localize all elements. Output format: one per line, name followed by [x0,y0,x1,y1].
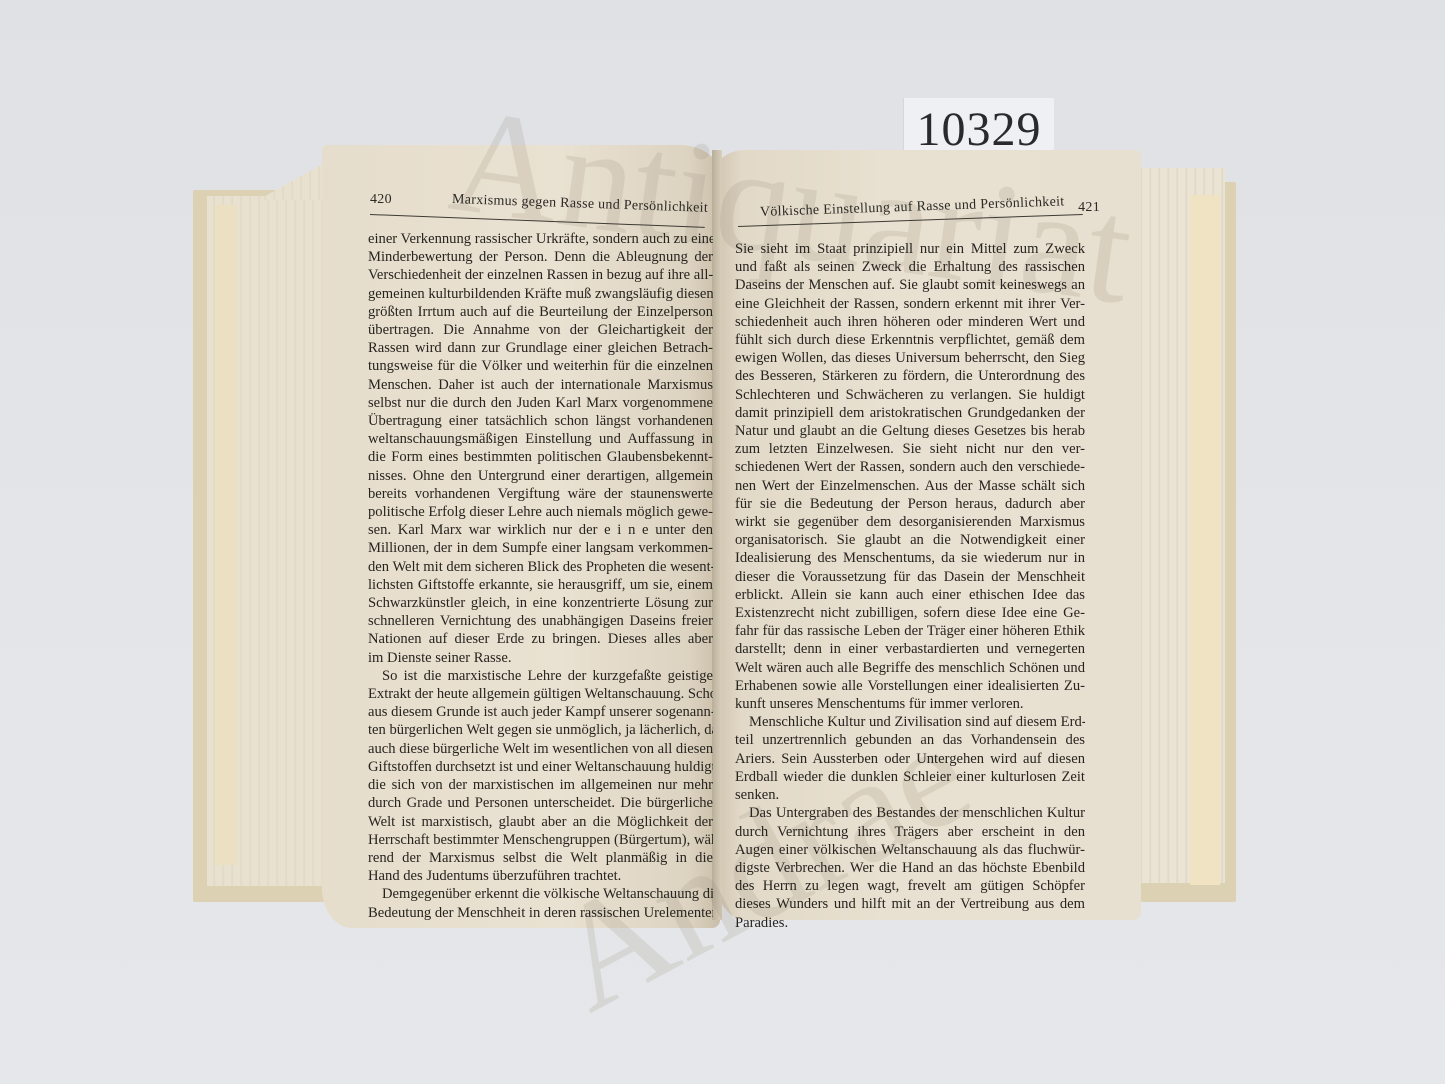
text-line: Sie sieht im Staat prinzipiell nur ein M… [735,240,1085,258]
text-line: schiedenen Wert der Rassen, sondern auch… [735,458,1085,476]
text-line: Nationen auf dieser Erde zu bringen. Die… [368,630,713,648]
text-line: Rassen wird dann zur Grundlage einer gle… [368,339,713,357]
text-line: Natur und glaubt an die Geltung dieses G… [735,422,1085,440]
text-line: durch Grade und Personen unterscheidet. … [368,794,713,812]
book-gutter [712,150,722,920]
text-line: erblickt. Allein sie kann auch einer eth… [735,586,1085,604]
text-line: im Dienste seiner Rasse. [368,649,713,667]
text-line: senken. [735,786,1085,804]
text-line: Extrakt der heute allgemein gültigen Wel… [368,685,713,703]
text-line: und faßt als seinen Zweck die Erhaltung … [735,258,1085,276]
text-line: die Form eines bestimmten politischen Gl… [368,448,713,466]
text-line: teil unzertrennlich gebunden an das Vorh… [735,731,1085,749]
text-line: Demgegenüber erkennt die völkische Welta… [368,885,713,903]
text-line: Welt ist marxistisch, glaubt aber an die… [368,813,713,831]
text-line: ten bürgerlichen Welt gegen sie unmöglic… [368,721,713,739]
endpaper-right [1190,195,1220,885]
text-line: zum letzten Einzelwesen. Sie sieht nicht… [735,440,1085,458]
text-line: organisatorisch. Sie glaubt an die Notwe… [735,531,1085,549]
text-line: des Herrn zu legen wagt, frevelt am güti… [735,877,1085,895]
text-line: ewigen Wollen, das dieses Universum behe… [735,349,1085,367]
text-line: auch diese bürgerliche Welt im wesentlic… [368,740,713,758]
text-line: fühlt sich durch diese Erkenntnis verpfl… [735,331,1085,349]
text-line: schnelleren Vernichtung des unabhängigen… [368,612,713,630]
text-line: wirkt sie gegenüber dem desorganisierend… [735,513,1085,531]
text-line: übertragen. Die Annahme von der Gleichar… [368,321,713,339]
text-line: selbst nur die durch den Juden Karl Marx… [368,394,713,412]
text-line: Giftstoffen durchsetzt ist und einer Wel… [368,758,713,776]
text-line: Idealisierung des Menschentums, da sie w… [735,549,1085,567]
text-line: des Besseren, Stärkeren zu fördern, die … [735,367,1085,385]
text-line: Erhabenen sowie alle Vorstellungen einer… [735,677,1085,695]
text-line: Verschiedenheit der einzelnen Rassen in … [368,266,713,284]
text-line: damit prinzipiell dem aristokratischen G… [735,404,1085,422]
text-line: Schlechteren und Schwächeren zu verlange… [735,386,1085,404]
text-line: für sie die Bedeutung der Person heraus,… [735,495,1085,513]
text-line: Bedeutung der Menschheit in deren rassis… [368,904,713,922]
text-line: Das Untergraben des Bestandes der mensch… [735,804,1085,822]
text-line: Paradies. [735,914,1085,932]
inventory-number: 10329 [917,102,1042,157]
text-line: Welt wären auch alle Begriffe des mensch… [735,659,1085,677]
text-line: lichsten Giftstoffe erkannte, sie heraus… [368,576,713,594]
text-line: politische Erfolg dieser Lehre auch niem… [368,503,713,521]
text-line: dieses Wunders und hilft mit an der Vert… [735,895,1085,913]
text-line: Herrschaft bestimmter Menschengruppen (B… [368,831,713,849]
text-line: digste Verbrechen. Wer die Hand an das h… [735,859,1085,877]
text-line: größten Irrtum auch auf die Beurteilung … [368,303,713,321]
text-line: nen Wert der Einzelmenschen. Aus der Mas… [735,477,1085,495]
text-line: So ist die marxistische Lehre der kurzge… [368,667,713,685]
text-line: fahr für das rassische Leben der Träger … [735,622,1085,640]
left-page-body: einer Verkennung rassischer Urkräfte, so… [368,230,713,922]
text-line: Augen einer völkischen Weltanschauung al… [735,841,1085,859]
text-line: eine Gleichheit der Rassen, sondern erke… [735,295,1085,313]
text-line: Schwarzkünstler gleich, in eine konzentr… [368,594,713,612]
right-page-body: Sie sieht im Staat prinzipiell nur ein M… [735,240,1085,932]
text-line: einer Verkennung rassischer Urkräfte, so… [368,230,713,248]
text-line: Minderbewertung der Person. Denn die Abl… [368,248,713,266]
text-line: Existenzrecht nicht zubilligen, sofern d… [735,604,1085,622]
text-line: gemeinen kulturbildenden Kräfte muß zwan… [368,285,713,303]
text-line: sen. Karl Marx war wirklich nur der e i … [368,521,713,539]
text-line: bereits vorhandenen Vergiftung wäre der … [368,485,713,503]
text-line: tungsweise für die Völker und weiterhin … [368,357,713,375]
text-line: den Welt mit dem sicheren Blick des Prop… [368,558,713,576]
text-line: Erdball wieder die dunklen Schleier eine… [735,768,1085,786]
endpaper-left [215,205,237,865]
text-line: Menschliche Kultur und Zivilisation sind… [735,713,1085,731]
text-line: weltanschauungsmäßigen Einstellung und A… [368,430,713,448]
text-line: dieser die Voraussetzung für das Dasein … [735,568,1085,586]
text-line: Übertragung einer tatsächlich schon läng… [368,412,713,430]
text-line: aus diesem Grunde ist auch jeder Kampf u… [368,703,713,721]
left-page-number: 420 [370,192,392,208]
text-line: Menschen. Daher ist auch der internation… [368,376,713,394]
text-line: die sich von der marxistischen im allgem… [368,776,713,794]
text-line: nisses. Ohne den Untergrund einer derart… [368,467,713,485]
text-line: Millionen, der in dem Sumpfe einer langs… [368,539,713,557]
text-line: kunft unseres Menschentums für immer ver… [735,695,1085,713]
text-line: rend der Marxismus selbst die Welt planm… [368,849,713,867]
text-line: schiedenheit auch ihren höheren oder min… [735,313,1085,331]
text-line: Daseins der Menschen auf. Sie glaubt som… [735,276,1085,294]
text-line: darstellt; denn in einer verbastardierte… [735,640,1085,658]
text-line: Hand des Judentums überzuführen trachtet… [368,867,713,885]
text-line: durch Vernichtung ihres Trägers aber ers… [735,823,1085,841]
text-line: Ariers. Sein Aussterben oder Untergehen … [735,750,1085,768]
